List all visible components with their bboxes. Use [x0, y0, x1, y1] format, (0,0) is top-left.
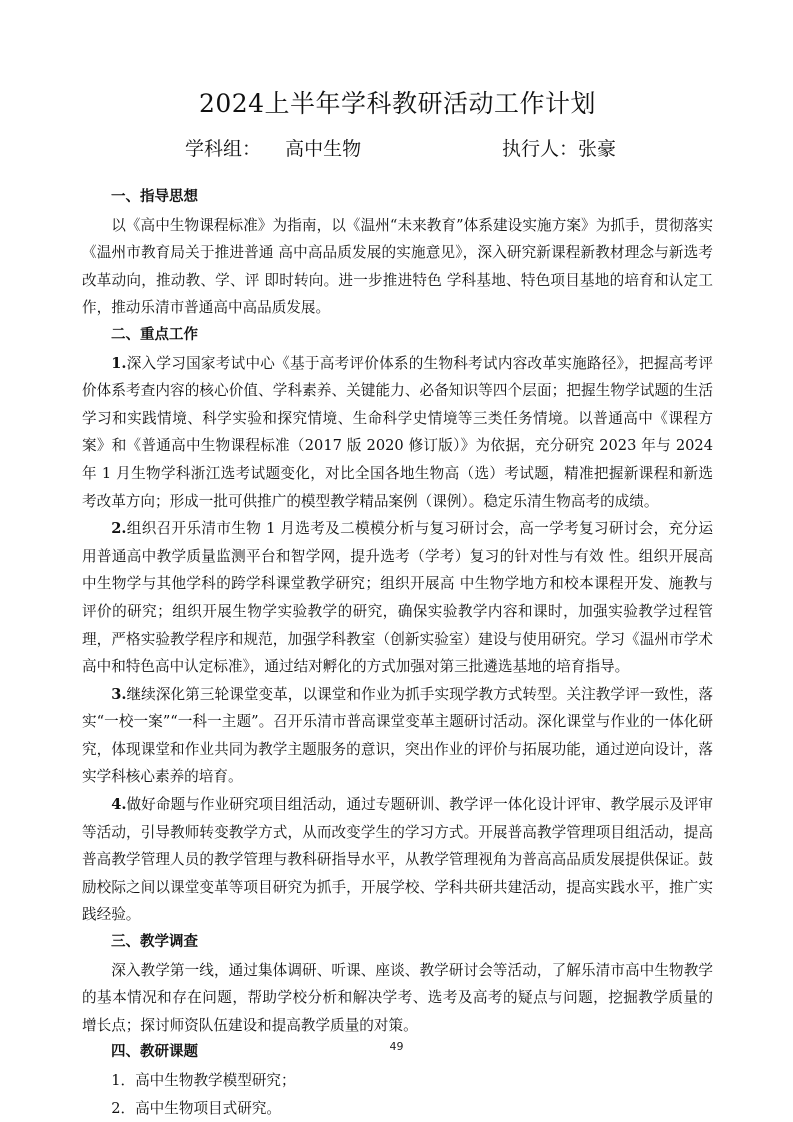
document-title: 2024上半年学科教研活动工作计划	[82, 84, 713, 120]
section-paragraph: 以《高中生物课程标准》为指南，以《温州“未来教育”体系建设实施方案》为抓手，贯彻…	[82, 212, 713, 322]
subject-label: 学科组：	[185, 138, 261, 160]
item-text: 继续深化第三轮课堂变革，以课堂和作业为抓手实现学教方式转型。关注教学评一致性，落…	[82, 686, 713, 786]
executor: 执行人：张豪	[502, 134, 616, 161]
item-text: 深入学习国家考试中心《基于高考评价体系的生物科考试内容改革实施路径》，把握高考评…	[82, 355, 713, 510]
work-item: 2.组织召开乐清市生物 1 月选考及二模模分析与复习研讨会，高一学考复习研讨会，…	[82, 515, 713, 681]
subject-value: 高中生物	[285, 138, 361, 160]
topic-item: 2．高中生物项目式研究。	[82, 1095, 713, 1122]
item-number: 2.	[111, 520, 126, 537]
work-item: 1.深入学习国家考试中心《基于高考评价体系的生物科考试内容改革实施路径》，把握高…	[82, 350, 713, 516]
work-item: 3.继续深化第三轮课堂变革，以课堂和作业为抓手实现学教方式转型。关注教学评一致性…	[82, 681, 713, 791]
executor-label: 执行人：	[502, 138, 578, 160]
item-text: 组织召开乐清市生物 1 月选考及二模模分析与复习研讨会，高一学考复习研讨会，充分…	[82, 520, 713, 675]
document-body: 一、指导思想 以《高中生物课程标准》为指南，以《温州“未来教育”体系建设实施方案…	[82, 184, 713, 1122]
topic-item: 1．高中生物教学模型研究；	[82, 1067, 713, 1095]
item-number: 4.	[111, 796, 126, 813]
item-number: 3.	[111, 686, 126, 703]
item-number: 1.	[111, 355, 126, 372]
section-heading: 二、重点工作	[82, 322, 713, 350]
executor-value: 张豪	[578, 138, 616, 160]
work-item: 4.做好命题与作业研究项目组活动，通过专题研训、教学评一体化设计评审、教学展示及…	[82, 791, 713, 929]
section-heading: 一、指导思想	[82, 184, 713, 212]
section-heading: 三、教学调查	[82, 929, 713, 957]
page-number: 49	[0, 1040, 793, 1053]
section-paragraph: 深入教学第一线，通过集体调研、听课、座谈、教学研讨会等活动，了解乐清市高中生物教…	[82, 957, 713, 1040]
item-text: 做好命题与作业研究项目组活动，通过专题研训、教学评一体化设计评审、教学展示及评审…	[82, 796, 713, 923]
subject-group: 学科组： 高中生物	[185, 134, 361, 161]
